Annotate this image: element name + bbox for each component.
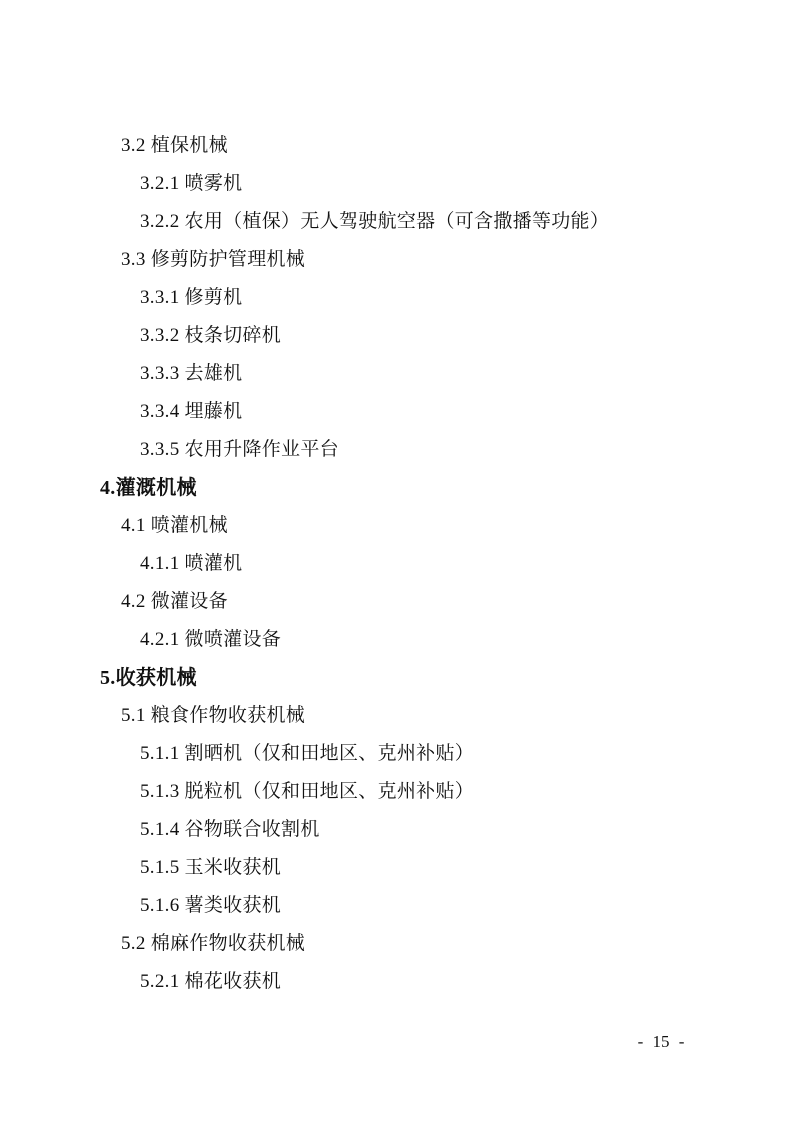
outline-item: 5.1.3 脱粒机（仅和田地区、克州补贴） (0, 773, 789, 811)
outline-item: 5.1 粮食作物收获机械 (0, 697, 789, 735)
outline-item: 3.3.1 修剪机 (0, 279, 789, 317)
outline-item: 5.1.5 玉米收获机 (0, 849, 789, 887)
outline-item: 4.灌溉机械 (0, 469, 789, 507)
outline-item: 3.3.5 农用升降作业平台 (0, 431, 789, 469)
outline-item: 4.1 喷灌机械 (0, 507, 789, 545)
outline-item: 4.1.1 喷灌机 (0, 545, 789, 583)
outline-item: 5.收获机械 (0, 659, 789, 697)
outline-item: 3.2 植保机械 (0, 127, 789, 165)
outline-item: 3.3 修剪防护管理机械 (0, 241, 789, 279)
outline-item: 5.1.1 割晒机（仅和田地区、克州补贴） (0, 735, 789, 773)
outline-item: 3.2.1 喷雾机 (0, 165, 789, 203)
outline-item: 5.1.4 谷物联合收割机 (0, 811, 789, 849)
outline-item: 4.2.1 微喷灌设备 (0, 621, 789, 659)
outline-list: 3.2 植保机械3.2.1 喷雾机3.2.2 农用（植保）无人驾驶航空器（可含撒… (0, 127, 789, 1001)
outline-item: 3.3.3 去雄机 (0, 355, 789, 393)
outline-item: 3.3.2 枝条切碎机 (0, 317, 789, 355)
outline-item: 4.2 微灌设备 (0, 583, 789, 621)
outline-item: 5.2.1 棉花收获机 (0, 963, 789, 1001)
page-number: - 15 - (626, 1030, 696, 1054)
document-page: 3.2 植保机械3.2.1 喷雾机3.2.2 农用（植保）无人驾驶航空器（可含撒… (0, 0, 789, 1126)
outline-item: 3.2.2 农用（植保）无人驾驶航空器（可含撒播等功能） (0, 203, 789, 241)
outline-item: 5.2 棉麻作物收获机械 (0, 925, 789, 963)
outline-item: 5.1.6 薯类收获机 (0, 887, 789, 925)
outline-item: 3.3.4 埋藤机 (0, 393, 789, 431)
